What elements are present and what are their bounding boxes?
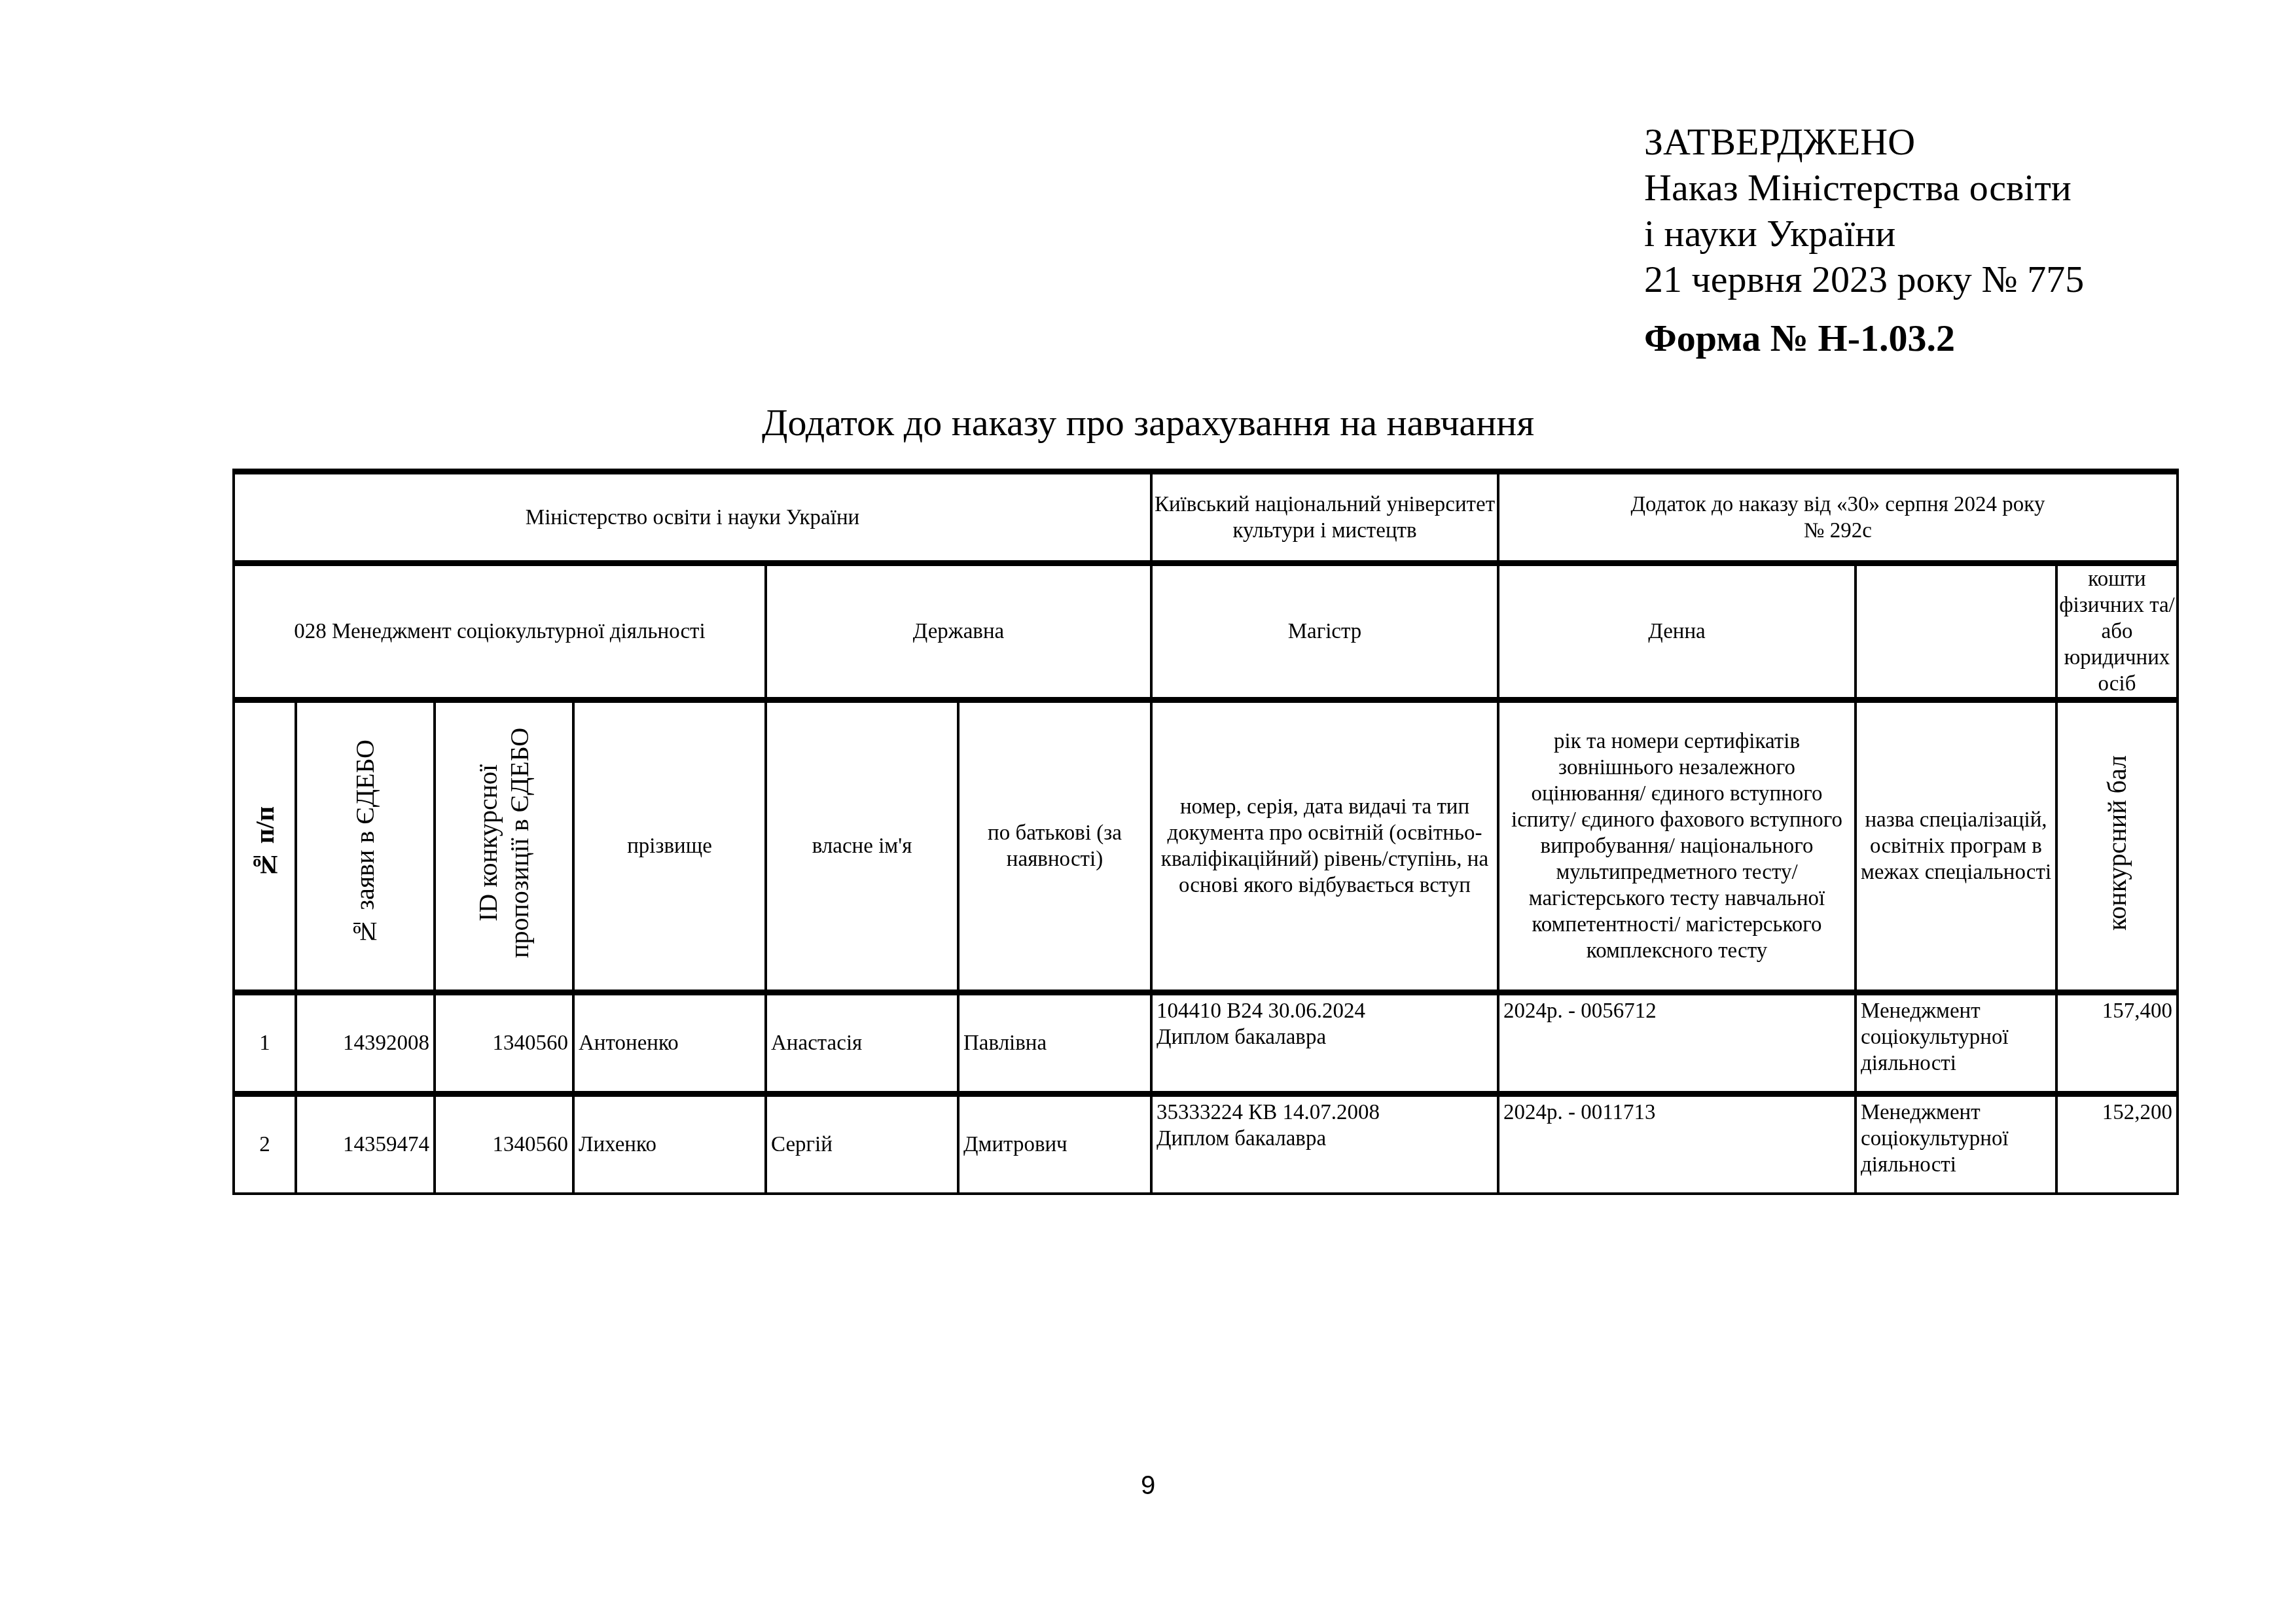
row-surname: Лихенко xyxy=(573,1094,766,1194)
row-score: 157,400 xyxy=(2056,993,2178,1094)
approval-stamp: ЗАТВЕРДЖЕНО Наказ Міністерства освіти і … xyxy=(1644,119,2084,302)
row-application-no: 14359474 xyxy=(296,1094,435,1194)
row-first-name: Анастасія xyxy=(766,993,958,1094)
col-header-specialization: назва спеціалізацій, освітніх програм в … xyxy=(1856,700,2056,993)
education-document-type: Диплом бакалавра xyxy=(1157,1024,1493,1050)
funding-source-cell: кошти фізичних та/або юридичних осіб xyxy=(2056,563,2178,700)
row-patronymic: Павлівна xyxy=(958,993,1151,1094)
education-document-type: Диплом бакалавра xyxy=(1157,1126,1493,1152)
order-reference-number: № 292с xyxy=(1499,518,2176,544)
study-form-cell: Денна xyxy=(1498,563,1856,700)
row-offer-id: 1340560 xyxy=(435,993,573,1094)
approval-date-line: 21 червня 2023 року № 775 xyxy=(1644,257,2084,302)
col-header-certificates: рік та номери сертифікатів зовнішнього н… xyxy=(1498,700,1856,993)
row-surname: Антоненко xyxy=(573,993,766,1094)
col-header-application-no: № заяви в ЄДЕБО xyxy=(296,700,435,993)
row-specialization: Менеджмент соціокультурної діяльності xyxy=(1856,1094,2056,1194)
page-number: 9 xyxy=(0,1471,2296,1501)
document-title: Додаток до наказу про зарахування на нав… xyxy=(0,401,2296,444)
col-header-first-name: власне ім'я xyxy=(766,700,958,993)
row-application-no: 14392008 xyxy=(296,993,435,1094)
row-patronymic: Дмитрович xyxy=(958,1094,1151,1194)
col-header-num: № п/п xyxy=(234,700,296,993)
order-reference-cell: Додаток до наказу від «30» серпня 2024 р… xyxy=(1498,472,2178,563)
col-header-education-document: номер, серія, дата видачі та тип докумен… xyxy=(1151,700,1498,993)
degree-cell: Магістр xyxy=(1151,563,1498,700)
approval-ministry-line: і науки України xyxy=(1644,211,2084,257)
header-row-program: 028 Менеджмент соціокультурної діяльност… xyxy=(234,563,2178,700)
col-header-surname: прізвище xyxy=(573,700,766,993)
empty-header-cell xyxy=(1856,563,2056,700)
enrollment-table: Міністерство освіти і науки України Київ… xyxy=(232,469,2179,1195)
table-row: 1 14392008 1340560 Антоненко Анастасія П… xyxy=(234,993,2178,1094)
ministry-cell: Міністерство освіти і науки України xyxy=(234,472,1151,563)
specialty-cell: 028 Менеджмент соціокультурної діяльност… xyxy=(234,563,766,700)
row-education-document: 104410 В24 30.06.2024 Диплом бакалавра xyxy=(1151,993,1498,1094)
col-header-score: конкурсний бал xyxy=(2056,700,2178,993)
approval-order-line: Наказ Міністерства освіти xyxy=(1644,165,2084,211)
row-first-name: Сергій xyxy=(766,1094,958,1194)
order-reference-date: Додаток до наказу від «30» серпня 2024 р… xyxy=(1499,491,2176,518)
row-education-document: 35333224 КВ 14.07.2008 Диплом бакалавра xyxy=(1151,1094,1498,1194)
row-num: 2 xyxy=(234,1094,296,1194)
row-offer-id: 1340560 xyxy=(435,1094,573,1194)
col-header-offer-id: ID конкурсної пропозиції в ЄДЕБО xyxy=(435,700,573,993)
row-num: 1 xyxy=(234,993,296,1094)
education-document-number: 104410 В24 30.06.2024 xyxy=(1157,998,1493,1024)
column-header-row: № п/п № заяви в ЄДЕБО ID конкурсної проп… xyxy=(234,700,2178,993)
approval-heading: ЗАТВЕРДЖЕНО xyxy=(1644,119,2084,165)
row-specialization: Менеджмент соціокультурної діяльності xyxy=(1856,993,2056,1094)
row-score: 152,200 xyxy=(2056,1094,2178,1194)
funding-type-cell: Державна xyxy=(766,563,1151,700)
col-header-patronymic: по батькові (за наявності) xyxy=(958,700,1151,993)
university-cell: Київський національний університет культ… xyxy=(1151,472,1498,563)
header-row-institution: Міністерство освіти і науки України Київ… xyxy=(234,472,2178,563)
form-number: Форма № Н-1.03.2 xyxy=(1644,316,1955,360)
row-certificates: 2024р. - 0056712 xyxy=(1498,993,1856,1094)
table-row: 2 14359474 1340560 Лихенко Сергій Дмитро… xyxy=(234,1094,2178,1194)
education-document-number: 35333224 КВ 14.07.2008 xyxy=(1157,1099,1493,1126)
row-certificates: 2024р. - 0011713 xyxy=(1498,1094,1856,1194)
